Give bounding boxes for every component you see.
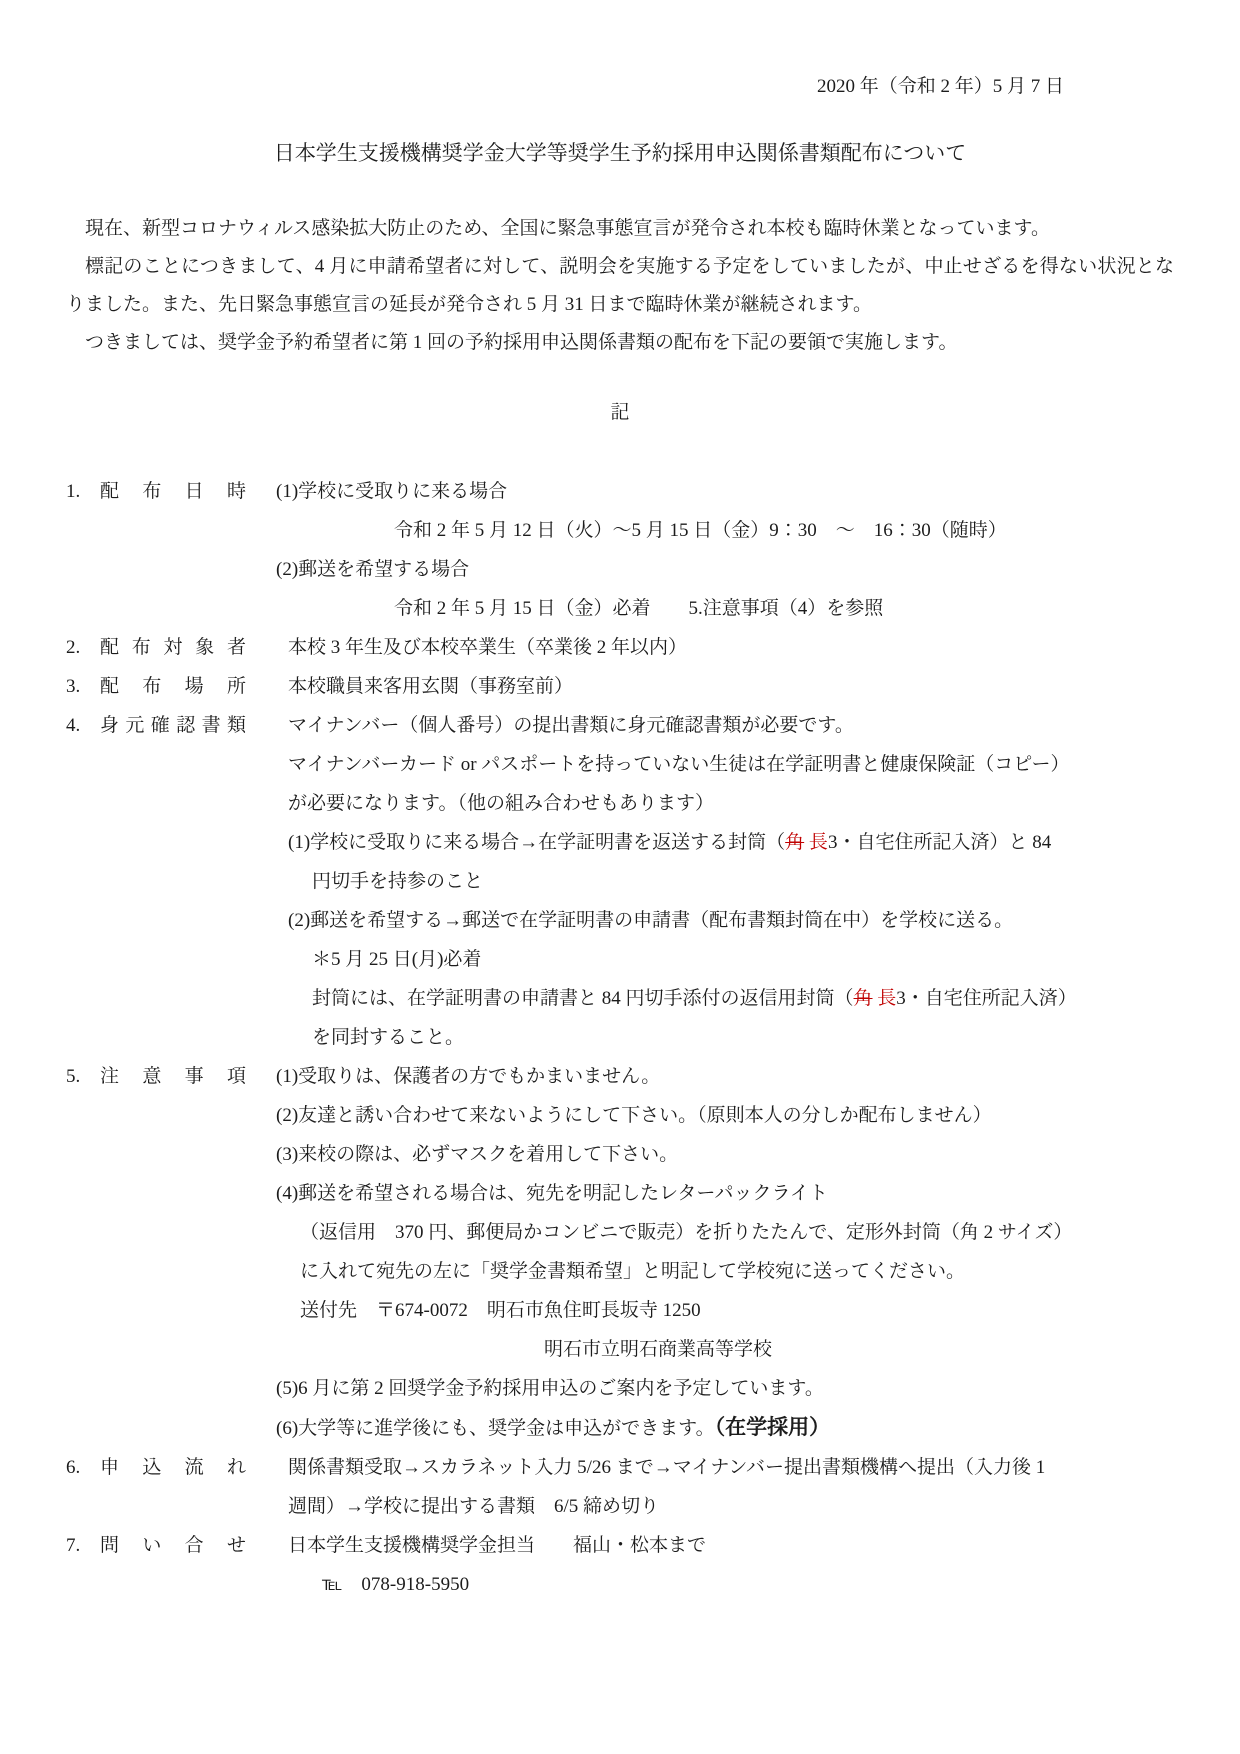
list-item-distribution-datetime: 1. 配 布 日 時 (1)学校に受取りに来る場合 令和 2 年 5 月 12 … [66,472,1174,628]
item-content: マイナンバー（個人番号）の提出書類に身元確認書類が必要です。 マイナンバーカード… [288,706,1174,1057]
text-segment: が必要になります。（他の組み合わせもあります） [288,793,714,814]
text-segment: 送付先 〒674-0072 明石市魚住町長坂寺 1250 [300,1300,701,1321]
item-content: 日本学生支援機構奨学金担当 福山・松本まで ℡ 078-918-5950 [288,1526,1174,1604]
doc-line: 日本学生支援機構奨学金担当 福山・松本まで [288,1526,1174,1565]
doc-line: マイナンバー（個人番号）の提出書類に身元確認書類が必要です。 [288,706,1174,745]
document-title: 日本学生支援機構奨学金大学等奨学生予約採用申込関係書類配布について [66,136,1174,170]
emphasized-text: 角 [854,988,873,1009]
item-label: 申 込 流 れ [100,1448,246,1487]
doc-line: ＊5 月 25 日(月)必着 [288,940,1174,979]
intro-paragraph-1: 現在、新型コロナウィルス感染拡大防止のため、全国に緊急事態宣言が発令され本校も臨… [66,210,1174,248]
text-segment: 封筒には、在学証明書の申請書と 84 円切手添付の返信用封筒（ [312,988,854,1009]
doc-line: (4)郵送を希望される場合は、宛先を明記したレターパックライト [276,1174,1174,1213]
document-date: 2020 年（令和 2 年）5 月 7 日 [66,72,1174,102]
item-label: 注 意 事 項 [100,1057,246,1096]
item-content: 本校 3 年生及び本校卒業生（卒業後 2 年以内） [288,628,1174,667]
text-segment: (2)郵送を希望する→郵送で在学証明書の申請書（配布書類封筒在中）を学校に送る。 [288,910,1013,931]
item-number: 6. [66,1448,100,1487]
item-content: (1)学校に受取りに来る場合 令和 2 年 5 月 12 日（火）～5 月 15… [276,472,1174,628]
doc-line: 関係書類受取→スカラネット入力 5/26 まで→マイナンバー提出書類機構へ提出（… [288,1448,1174,1487]
text-segment: (2)郵送を希望する場合 [276,559,469,580]
text-segment: ＊5 月 25 日(月)必着 [312,949,481,970]
text-segment: (3)来校の際は、必ずマスクを着用して下さい。 [276,1144,678,1165]
item-number: 2. [66,628,100,667]
text-segment: 令和 2 年 5 月 15 日（金）必着 5.注意事項（4）を参照 [394,598,883,619]
text-segment: を同封すること。 [312,1027,464,1048]
doc-line: 令和 2 年 5 月 12 日（火）～5 月 15 日（金）9：30 ～ 16：… [276,511,1174,550]
emphasized-text: 角 [785,832,804,853]
notice-list: 1. 配 布 日 時 (1)学校に受取りに来る場合 令和 2 年 5 月 12 … [66,472,1174,1604]
doc-line: 円切手を持参のこと [288,862,1174,901]
doc-line: (1)学校に受取りに来る場合 [276,472,1174,511]
text-segment: 円切手を持参のこと [312,871,483,892]
item-label: 問 い 合 せ [100,1526,246,1565]
text-segment: 令和 2 年 5 月 12 日（火）～5 月 15 日（金）9：30 ～ 16：… [394,520,1007,541]
item-label: 身元確認書類 [100,706,246,745]
emphasized-text: 長 [804,832,828,853]
list-item-precautions: 5. 注 意 事 項 (1)受取りは、保護者の方でもかまいません。 (2)友達と… [66,1057,1174,1448]
text-segment: (5)6 月に第 2 回奨学金予約採用申込のご案内を予定しています。 [276,1378,824,1399]
item-number: 4. [66,706,100,745]
text-segment: 3・自宅住所記入済） [896,988,1077,1009]
doc-line: (2)友達と誘い合わせて来ないようにして下さい。（原則本人の分しか配布しません） [276,1096,1174,1135]
item-content: 本校職員来客用玄関（事務室前） [288,667,1174,706]
emphasized-text: 長 [873,988,897,1009]
doc-line: 週間）→学校に提出する書類 6/5 締め切り [288,1487,1174,1526]
list-item-contact: 7. 問 い 合 せ 日本学生支援機構奨学金担当 福山・松本まで ℡ 078-9… [66,1526,1174,1604]
doc-line: を同封すること。 [288,1018,1174,1057]
list-item-identity-documents: 4. 身元確認書類 マイナンバー（個人番号）の提出書類に身元確認書類が必要です。… [66,706,1174,1057]
item-number: 7. [66,1526,100,1565]
contact-phone-line: ℡ 078-918-5950 [288,1565,1174,1604]
list-item-distribution-target: 2. 配 布 対 象 者 本校 3 年生及び本校卒業生（卒業後 2 年以内） [66,628,1174,667]
item-label: 配 布 日 時 [100,472,246,511]
doc-line: (2)郵送を希望する→郵送で在学証明書の申請書（配布書類封筒在中）を学校に送る。 [288,901,1174,940]
list-item-distribution-place: 3. 配 布 場 所 本校職員来客用玄関（事務室前） [66,667,1174,706]
text-segment: 日本学生支援機構奨学金担当 福山・松本まで [288,1535,706,1556]
intro-paragraph-3: つきましては、奨学金予約希望者に第 1 回の予約採用申込関係書類の配布を下記の要… [66,324,1174,362]
intro-paragraph-2: 標記のことにつきまして、4 月に申請希望者に対して、説明会を実施する予定をしてい… [66,248,1174,324]
doc-line: (2)郵送を希望する場合 [276,550,1174,589]
text-segment: (4)郵送を希望される場合は、宛先を明記したレターパックライト [276,1183,828,1204]
item-number: 3. [66,667,100,706]
doc-line: 令和 2 年 5 月 15 日（金）必着 5.注意事項（4）を参照 [276,589,1174,628]
item-label: 配 布 場 所 [100,667,246,706]
text-segment: に入れて宛先の左に「奨学金書類希望」と明記して学校宛に送ってください。 [300,1261,965,1282]
text-segment: 関係書類受取→スカラネット入力 5/26 まで→マイナンバー提出書類機構へ提出（… [288,1457,1045,1478]
doc-line: (1)学校に受取りに来る場合→在学証明書を返送する封筒（角 長3・自宅住所記入済… [288,823,1174,862]
item-content: (1)受取りは、保護者の方でもかまいません。 (2)友達と誘い合わせて来ないよう… [276,1057,1174,1448]
text-segment: 本校職員来客用玄関（事務室前） [288,676,573,697]
text-segment: 本校 3 年生及び本校卒業生（卒業後 2 年以内） [288,637,687,658]
doc-line: マイナンバーカード or パスポートを持っていない生徒は在学証明書と健康保険証（… [288,745,1174,784]
doc-line: （返信用 370 円、郵便局かコンビニで販売）を折りたたんで、定形外封筒（角 2… [276,1213,1174,1252]
item-number: 1. [66,472,100,511]
doc-line: 本校職員来客用玄関（事務室前） [288,667,1174,706]
text-segment: (6)大学等に進学後にも、奨学金は申込ができます。 [276,1418,715,1439]
text-segment: 3・自宅住所記入済）と 84 [828,832,1051,853]
item-content: 関係書類受取→スカラネット入力 5/26 まで→マイナンバー提出書類機構へ提出（… [288,1448,1174,1526]
doc-line: に入れて宛先の左に「奨学金書類希望」と明記して学校宛に送ってください。 [276,1252,1174,1291]
doc-line: 封筒には、在学証明書の申請書と 84 円切手添付の返信用封筒（角 長3・自宅住所… [288,979,1174,1018]
text-segment: ℡ 078-918-5950 [322,1574,469,1595]
text-segment: （返信用 370 円、郵便局かコンビニで販売）を折りたたんで、定形外封筒（角 2… [300,1222,1072,1243]
note-marker: 記 [66,394,1174,432]
text-segment: (1)受取りは、保護者の方でもかまいません。 [276,1066,660,1087]
document-page: 2020 年（令和 2 年）5 月 7 日 日本学生支援機構奨学金大学等奨学生予… [0,0,1240,1754]
item-number: 5. [66,1057,100,1096]
list-item-application-flow: 6. 申 込 流 れ 関係書類受取→スカラネット入力 5/26 まで→マイナンバ… [66,1448,1174,1526]
doc-line: が必要になります。（他の組み合わせもあります） [288,784,1174,823]
text-segment: (1)学校に受取りに来る場合 [276,481,507,502]
text-segment: (2)友達と誘い合わせて来ないようにして下さい。（原則本人の分しか配布しません） [276,1105,992,1126]
emphasized-text: （在学採用） [715,1415,831,1439]
item-label: 配 布 対 象 者 [100,628,246,667]
text-segment: 週間）→学校に提出する書類 6/5 締め切り [288,1496,659,1517]
doc-line: (3)来校の際は、必ずマスクを着用して下さい。 [276,1135,1174,1174]
doc-line: (6)大学等に進学後にも、奨学金は申込ができます。（在学採用） [276,1408,1174,1448]
text-segment: 明石市立明石商業高等学校 [544,1339,772,1360]
text-segment: マイナンバーカード or パスポートを持っていない生徒は在学証明書と健康保険証（… [288,754,1070,775]
text-segment: (1)学校に受取りに来る場合→在学証明書を返送する封筒（ [288,832,785,853]
doc-line: (1)受取りは、保護者の方でもかまいません。 [276,1057,1174,1096]
doc-line: 本校 3 年生及び本校卒業生（卒業後 2 年以内） [288,628,1174,667]
doc-line: (5)6 月に第 2 回奨学金予約採用申込のご案内を予定しています。 [276,1369,1174,1408]
doc-line: 送付先 〒674-0072 明石市魚住町長坂寺 1250 [276,1291,1174,1330]
text-segment: マイナンバー（個人番号）の提出書類に身元確認書類が必要です。 [288,715,854,736]
doc-line: 明石市立明石商業高等学校 [276,1330,1174,1369]
